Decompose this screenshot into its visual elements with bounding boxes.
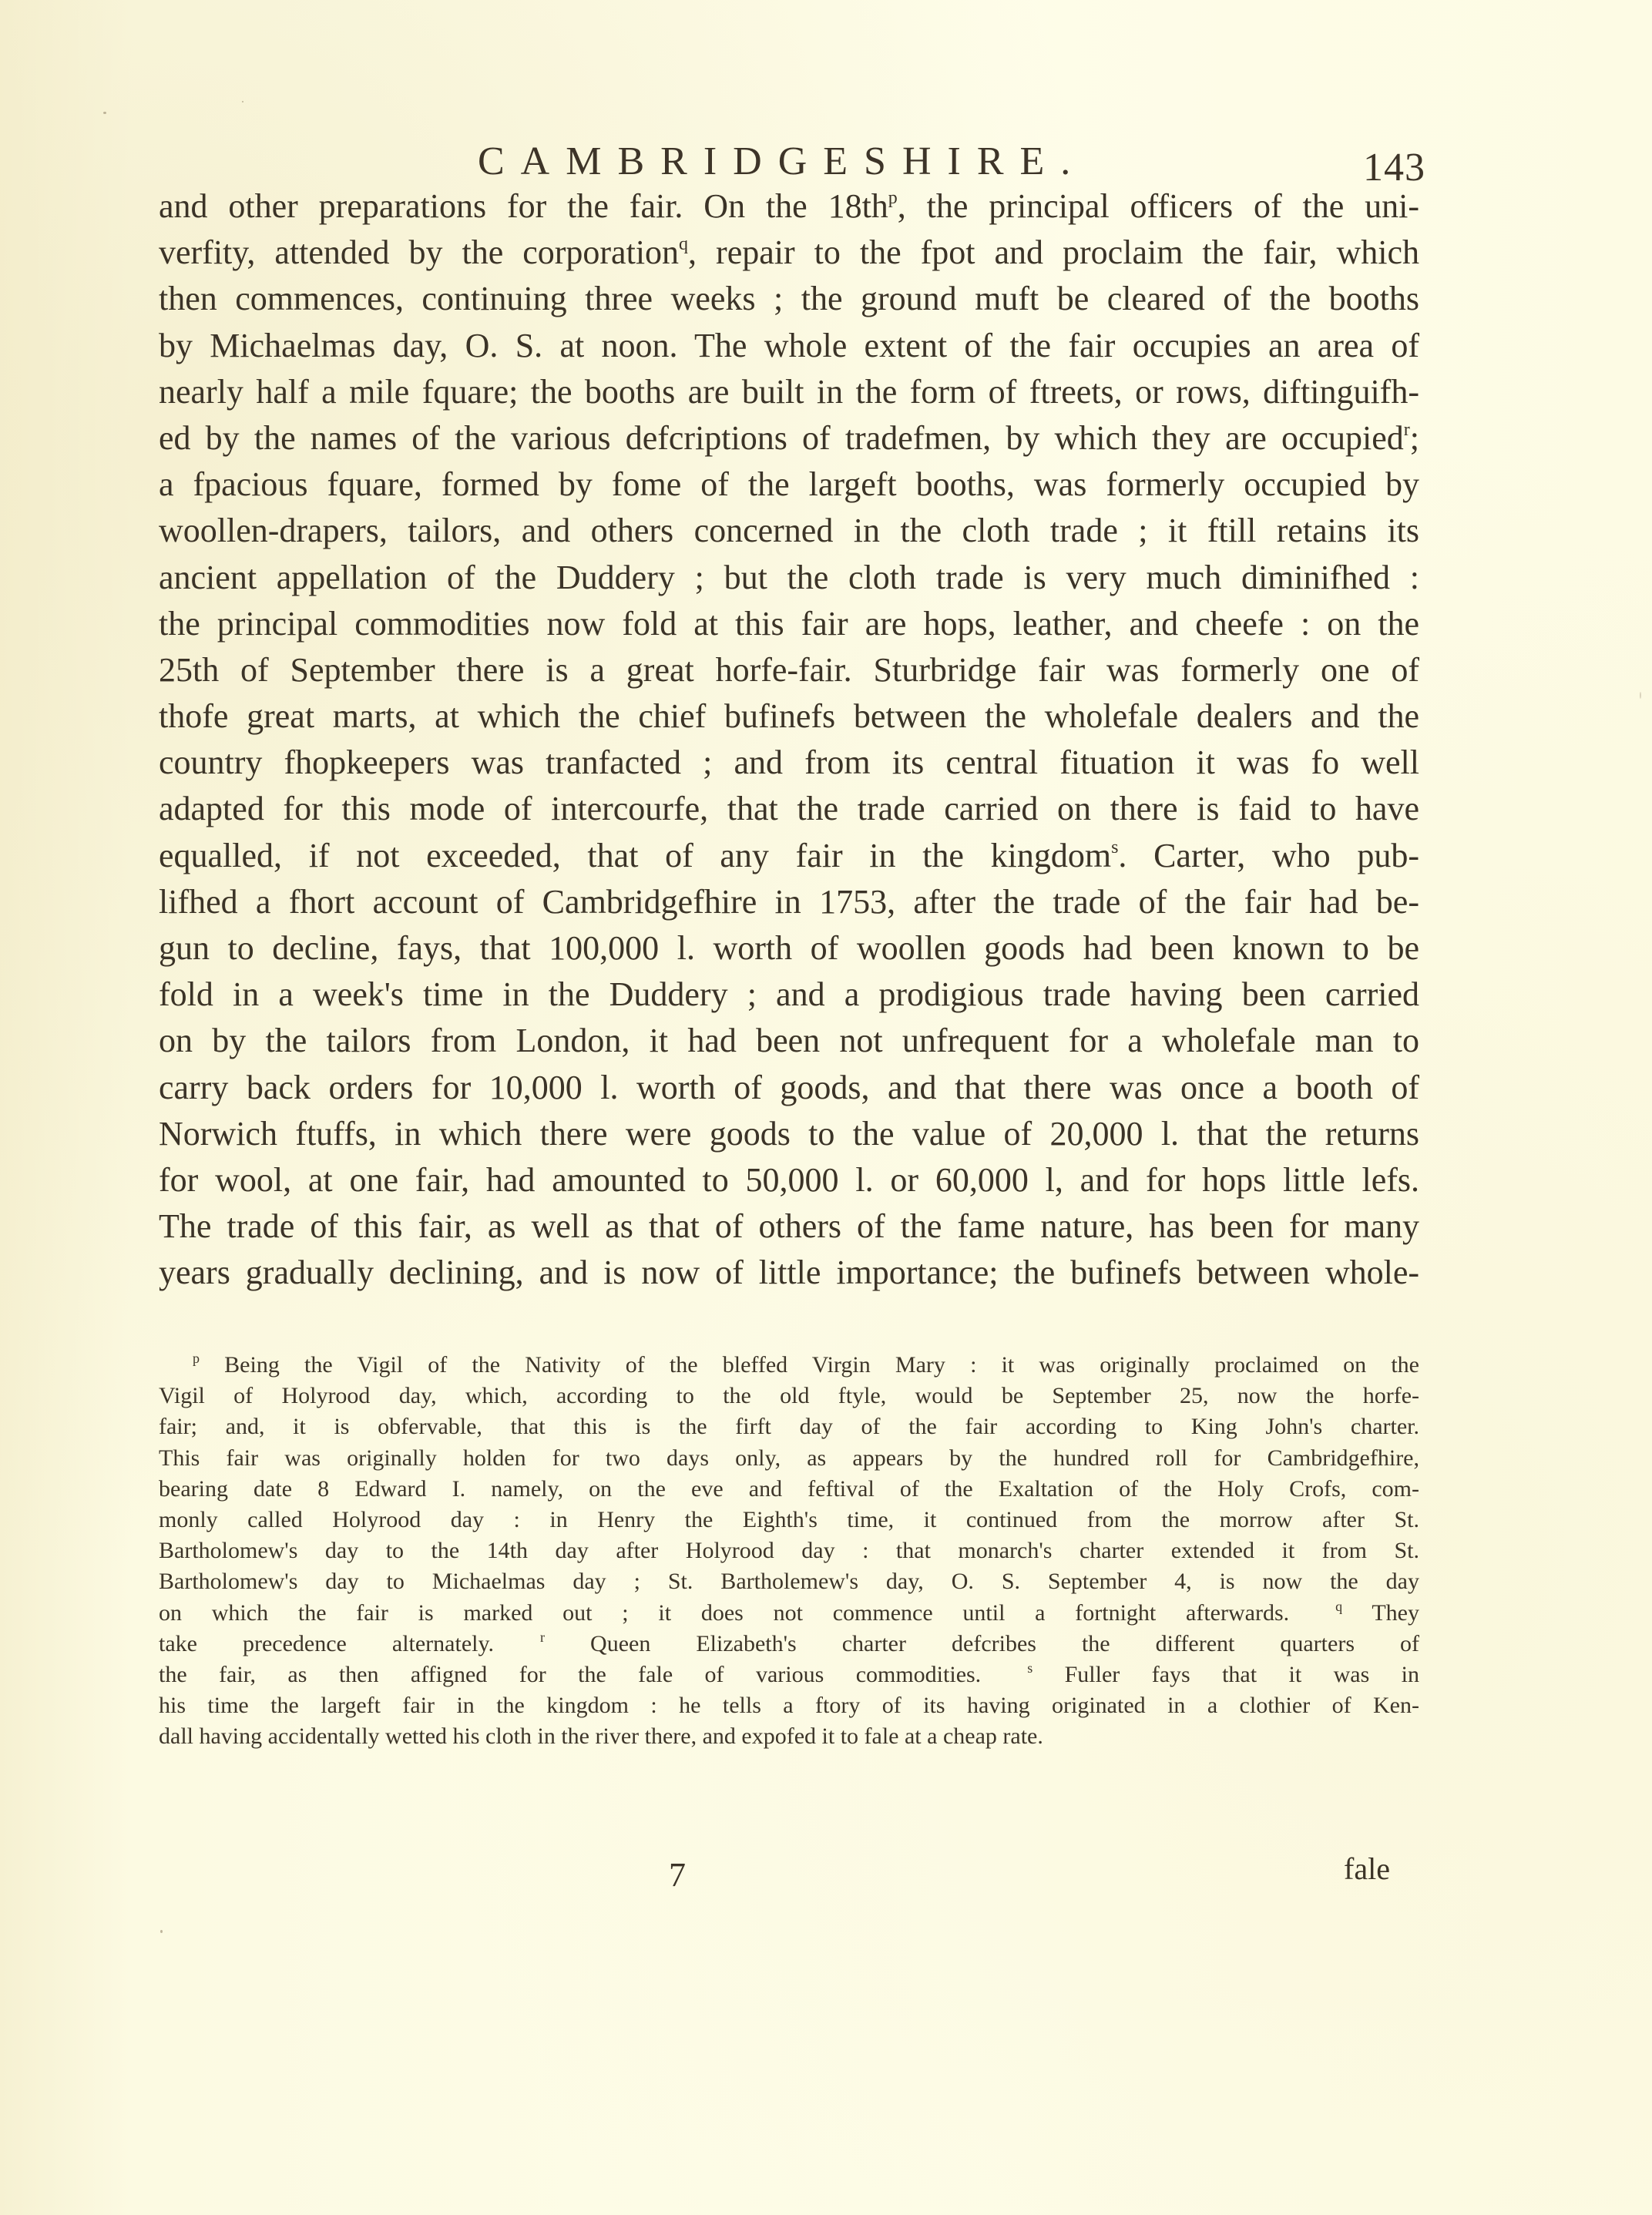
footnote-line: on which the fair is marked out ; it doe… xyxy=(159,1598,1419,1629)
body-line-text: , the principal officers of the uni- xyxy=(898,187,1419,225)
paper-speck xyxy=(160,1930,163,1933)
body-line: thofe great marts, at which the chief bu… xyxy=(159,693,1419,740)
body-line-text: thofe great marts, at which the chief bu… xyxy=(159,697,1419,735)
footnote-text: Fuller fays that it was in xyxy=(1032,1662,1419,1687)
footnote-line: take precedence alternately.r Queen Eliz… xyxy=(159,1629,1419,1660)
footnote-line: his time the largeft fair in the kingdom… xyxy=(159,1690,1419,1721)
footnote-text: on which the fair is marked out ; it doe… xyxy=(159,1600,1289,1626)
running-title: CAMBRIDGESHIRE. xyxy=(478,139,1086,184)
body-line: and other preparations for the fair. On … xyxy=(159,183,1419,230)
footnote-text: monly called Holyrood day : in Henry the… xyxy=(159,1507,1419,1532)
paper-speck xyxy=(1640,692,1641,699)
footnote-line: Vigil of Holyrood day, which, according … xyxy=(159,1381,1419,1411)
footnote-marker: r xyxy=(1404,420,1410,440)
footnote-marker: p xyxy=(888,188,898,208)
paper-speck xyxy=(103,112,106,114)
footnote-text: bearing date 8 Edward I. namely, on the … xyxy=(159,1476,1419,1502)
body-line: 25th of September there is a great horfe… xyxy=(159,647,1419,693)
body-line: for wool, at one fair, had amounted to 5… xyxy=(159,1157,1419,1203)
body-line-text: equalled, if not exceeded, that of any f… xyxy=(159,837,1111,874)
footnote-marker: s xyxy=(1111,837,1118,857)
body-line-text: ; xyxy=(1410,419,1419,457)
footnote-text: Bartholomew's day to Michaelmas day ; St… xyxy=(159,1569,1419,1594)
body-line: a fpacious fquare, formed by fome of the… xyxy=(159,461,1419,508)
body-text: and other preparations for the fair. On … xyxy=(159,183,1419,1297)
footnote-text: take precedence alternately. xyxy=(159,1631,494,1656)
body-line-text: ed by the names of the various defcripti… xyxy=(159,419,1404,457)
footnote-line: dall having accidentally wetted his clot… xyxy=(159,1721,1419,1752)
footnote-line: monly called Holyrood day : in Henry the… xyxy=(159,1505,1419,1535)
body-line-text: verfity, attended by the corporation xyxy=(159,233,679,271)
body-line-text: fold in a week's time in the Duddery ; a… xyxy=(159,975,1419,1013)
body-line: on by the tailors from London, it had be… xyxy=(159,1018,1419,1064)
body-line: ed by the names of the various defcripti… xyxy=(159,415,1419,461)
body-line: by Michaelmas day, O. S. at noon. The wh… xyxy=(159,323,1419,369)
body-line: country fhopkeepers was tranfacted ; and… xyxy=(159,740,1419,786)
body-line-text: adapted for this mode of intercourfe, th… xyxy=(159,790,1419,827)
footnote-text: Queen Elizabeth's charter defcribes the … xyxy=(545,1631,1419,1656)
body-line: carry back orders for 10,000 l. worth of… xyxy=(159,1065,1419,1111)
body-line-text: . Carter, who pub- xyxy=(1118,837,1419,874)
body-line-text: gun to decline, fays, that 100,000 l. wo… xyxy=(159,929,1419,967)
body-line-text: then commences, continuing three weeks ;… xyxy=(159,280,1419,317)
body-line: then commences, continuing three weeks ;… xyxy=(159,276,1419,322)
body-line: fold in a week's time in the Duddery ; a… xyxy=(159,972,1419,1018)
body-line-text: country fhopkeepers was tranfacted ; and… xyxy=(159,743,1419,781)
body-line: equalled, if not exceeded, that of any f… xyxy=(159,833,1419,879)
body-line-text: nearly half a mile fquare; the booths ar… xyxy=(159,373,1419,411)
body-line-text: a fpacious fquare, formed by fome of the… xyxy=(159,465,1419,503)
footnote-text: This fair was originally holden for two … xyxy=(159,1445,1419,1471)
footnote-text: the fair, as then affigned for the fale … xyxy=(159,1662,981,1687)
body-line: woollen-drapers, tailors, and others con… xyxy=(159,508,1419,554)
body-line-text: the principal commodities now fold at th… xyxy=(159,605,1419,643)
body-line-text: on by the tailors from London, it had be… xyxy=(159,1022,1419,1059)
catchword: fale xyxy=(1344,1851,1390,1887)
body-line: adapted for this mode of intercourfe, th… xyxy=(159,786,1419,832)
footnote-line: the fair, as then affigned for the fale … xyxy=(159,1660,1419,1690)
footnote-line: This fair was originally holden for two … xyxy=(159,1443,1419,1474)
body-line: nearly half a mile fquare; the booths ar… xyxy=(159,369,1419,415)
body-line: verfity, attended by the corporationq, r… xyxy=(159,230,1419,276)
body-line-text: carry back orders for 10,000 l. worth of… xyxy=(159,1069,1419,1106)
footnote-marker: q xyxy=(679,234,688,254)
body-line-text: ancient appellation of the Duddery ; but… xyxy=(159,559,1419,596)
paper-speck xyxy=(242,101,243,102)
footnote-line: bearing date 8 Edward I. namely, on the … xyxy=(159,1474,1419,1505)
footnote-text: his time the largeft fair in the kingdom… xyxy=(159,1693,1419,1718)
footnote-line: fair; and, it is obfervable, that this i… xyxy=(159,1411,1419,1442)
footnotes: p Being the Vigil of the Nativity of the… xyxy=(159,1350,1419,1752)
footnote-line: Bartholomew's day to Michaelmas day ; St… xyxy=(159,1566,1419,1597)
body-line: lifhed a fhort account of Cambridgefhire… xyxy=(159,879,1419,925)
body-line: The trade of this fair, as well as that … xyxy=(159,1203,1419,1250)
body-line-text: 25th of September there is a great horfe… xyxy=(159,651,1419,689)
body-line-text: woollen-drapers, tailors, and others con… xyxy=(159,512,1419,549)
footnote-line: Bartholomew's day to the 14th day after … xyxy=(159,1535,1419,1566)
body-line-text: lifhed a fhort account of Cambridgefhire… xyxy=(159,883,1419,921)
footnote-text: fair; and, it is obfervable, that this i… xyxy=(159,1414,1419,1439)
footnote-text: Bartholomew's day to the 14th day after … xyxy=(159,1538,1419,1563)
footnote-text: They xyxy=(1342,1600,1419,1626)
body-line: gun to decline, fays, that 100,000 l. wo… xyxy=(159,925,1419,972)
footnote-marker: q xyxy=(1335,1599,1342,1614)
footnote-marker: p xyxy=(193,1351,200,1366)
body-line: the principal commodities now fold at th… xyxy=(159,601,1419,647)
body-line-text: and other preparations for the fair. On … xyxy=(159,187,888,225)
footnote-line: p Being the Vigil of the Nativity of the… xyxy=(159,1350,1419,1381)
signature-mark: 7 xyxy=(669,1855,686,1894)
body-line: ancient appellation of the Duddery ; but… xyxy=(159,555,1419,601)
body-line-text: The trade of this fair, as well as that … xyxy=(159,1207,1419,1245)
book-page: CAMBRIDGESHIRE. 143 and other preparatio… xyxy=(0,0,1652,2215)
footnote-text: Being the Vigil of the Nativity of the b… xyxy=(200,1352,1419,1378)
body-line: Norwich ftuffs, in which there were good… xyxy=(159,1111,1419,1157)
body-line-text: , repair to the fpot and proclaim the fa… xyxy=(688,233,1419,271)
body-line-text: years gradually declining, and is now of… xyxy=(159,1253,1419,1291)
body-line-text: for wool, at one fair, had amounted to 5… xyxy=(159,1161,1419,1199)
footnote-text: Vigil of Holyrood day, which, according … xyxy=(159,1383,1419,1408)
body-line: years gradually declining, and is now of… xyxy=(159,1250,1419,1296)
body-line-text: by Michaelmas day, O. S. at noon. The wh… xyxy=(159,327,1419,364)
footnote-text: dall having accidentally wetted his clot… xyxy=(159,1723,1043,1749)
body-line-text: Norwich ftuffs, in which there were good… xyxy=(159,1115,1419,1153)
